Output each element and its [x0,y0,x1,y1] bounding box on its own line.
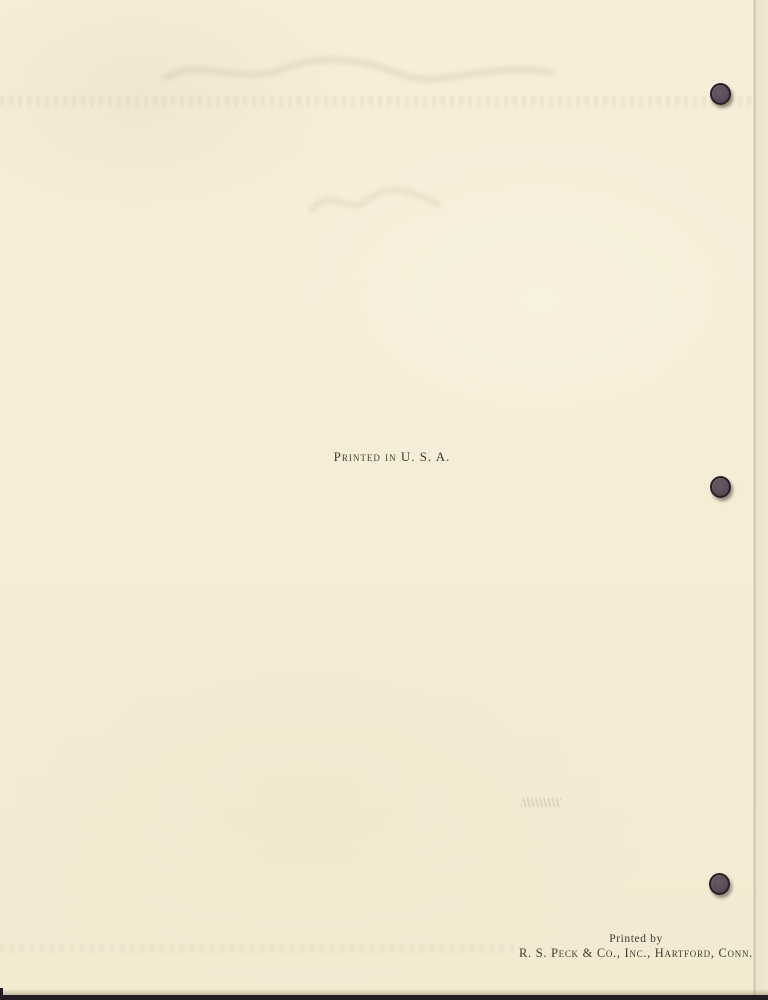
paper-texture [0,0,768,1000]
scanner-edge-corner [0,988,3,1000]
printer-credit-line2: R. S. Peck & Co., Inc., Hartford, Conn. [519,946,753,960]
scanned-page: Printed in U. S. A. Printed by R. S. Pec… [0,0,768,1000]
faint-pencil-mark [521,798,561,807]
printer-credit-line1: Printed by [519,933,753,946]
punch-hole-middle [710,476,731,498]
punch-hole-bottom [709,873,730,895]
ghost-showthrough-script [300,180,450,222]
punch-hole-top [710,83,731,105]
ghost-showthrough-textline-bottom [0,944,520,953]
ghost-showthrough-title [150,48,570,94]
page-edge-strip [756,0,768,1000]
printer-credit: Printed by R. S. Peck & Co., Inc., Hartf… [519,933,753,960]
ghost-showthrough-textline-top [0,96,768,106]
printed-in-usa-imprint: Printed in U. S. A. [334,449,451,465]
scanner-edge-strip [0,995,768,1000]
